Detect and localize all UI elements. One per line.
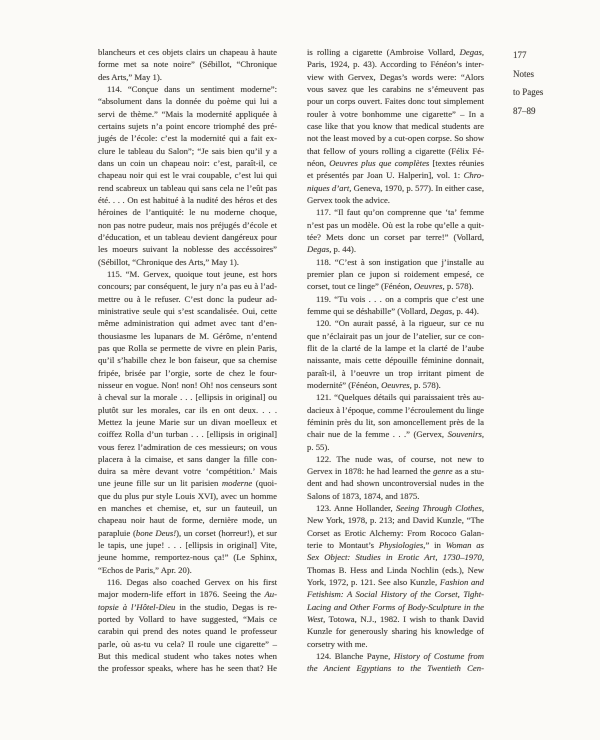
text-run: que du plus pur style Louis XVI), avec u… xyxy=(98,491,277,501)
text-run: carabin qui prend des notes quand le pro… xyxy=(98,626,277,636)
text-run: coiffez Rolla d’un turban . . . [ellipsi… xyxy=(98,429,277,439)
text-line: “absolument dans la donnée du poème qui … xyxy=(98,95,277,107)
text-run: Gervex in 1878: he had learned the xyxy=(307,466,433,476)
text-line: été. . . . On est habitué à la nudité de… xyxy=(98,194,277,206)
text-line: Sex Object: Studies in Erotic Art, 1730–… xyxy=(307,551,484,563)
text-run: Geneva, 1970, p. 577). In either case, xyxy=(351,183,484,193)
text-line: vous savez que les carabins ne s’émeuven… xyxy=(307,83,484,95)
text-run: paraît-il, à l’oeuvre un trop irritant p… xyxy=(307,368,484,378)
text-line: qu’il s’habille chez le bon faiseur, que… xyxy=(98,354,277,366)
text-line: n’est pas un modèle. Où est la robe qu’e… xyxy=(307,219,484,231)
text-run: et présentés par Joan U. Halperin], vol.… xyxy=(307,170,464,180)
text-line: jeune homme, remportez-nous ça!” (Le Sph… xyxy=(98,551,277,563)
text-line: major modern-life effort in 1876. Seeing… xyxy=(98,588,277,600)
text-run: jugés de l’école: c’est la modernité qui… xyxy=(98,133,277,143)
text-run: vous savez que les carabins ne s’émeuven… xyxy=(307,84,484,94)
text-run: d’éducation, et un tableau devient dangé… xyxy=(98,232,277,242)
text-line: “Echos de Paris,” Apr. 20). xyxy=(98,564,277,576)
italic-text-run: Oeuvres, xyxy=(381,380,412,390)
italic-text-run: Au- xyxy=(264,589,277,599)
italic-text-run: niques d’art, xyxy=(307,183,351,193)
italic-text-run: Degas, xyxy=(460,47,484,57)
text-line: ported by Vollard to have suggested, “Ma… xyxy=(98,613,277,625)
text-line: the Ancient Egyptians to the Twentieth C… xyxy=(307,662,484,674)
text-run: as a stu- xyxy=(453,466,484,476)
text-line: mettre ou à le refuser. C’est donc la pu… xyxy=(98,293,277,305)
text-run: “Echos de Paris,” Apr. 20). xyxy=(98,565,192,575)
text-line: 114. “Conçue dans un sentiment moderne”: xyxy=(98,83,277,95)
text-line: thousiasme les lupanars de M. Gérôme, n’… xyxy=(98,330,277,342)
text-run: placera à la cimaise, et sans danger la … xyxy=(98,454,277,464)
text-run: 123. Anne Hollander, xyxy=(316,503,396,513)
text-run: 119. “Tu vois . . . on a compris que c’e… xyxy=(316,294,484,304)
italic-text-run: the Ancient Egyptians to the Twentieth C… xyxy=(307,663,484,673)
text-run: (quoi- xyxy=(252,478,277,488)
text-line: Lacing and Other Forms of Body-Sculpture… xyxy=(307,601,484,613)
text-run: ” in xyxy=(425,540,445,550)
text-line: 118. “C’est à son instigation que j’inst… xyxy=(307,256,484,268)
text-line: nisseur en vogue. Non! non! Oh! nos cens… xyxy=(98,379,277,391)
text-line: West, Totowa, N.J., 1982. I wish to than… xyxy=(307,613,484,625)
text-line: coiffez Rolla d’un turban . . . [ellipsi… xyxy=(98,428,277,440)
text-line: néon, Oeuvres plus que complètes [textes… xyxy=(307,157,484,169)
text-run: héroines de l’antiquité: le nu moderne c… xyxy=(98,207,277,217)
text-run: But this medical student who takes notes… xyxy=(98,651,277,661)
text-run: en manches et chemise, et, sur un fauteu… xyxy=(98,503,277,513)
text-line: concours; par conséquent, le jury n’a pa… xyxy=(98,280,277,292)
text-line: 123. Anne Hollander, Seeing Through Clot… xyxy=(307,502,484,514)
text-run: in the studio, Degas is re- xyxy=(175,602,277,612)
text-line: modernité” (Fénéon, Oeuvres, p. 578). xyxy=(307,379,484,391)
text-line: York, 1972, p. 121. See also Kunzle, Fas… xyxy=(307,576,484,588)
italic-text-run: Fashion and xyxy=(440,577,484,587)
margin-caption-line: 87–89 xyxy=(513,102,583,121)
text-run: not the least moved by a cut-open corpse… xyxy=(307,133,484,143)
italic-text-run: Souvenirs, xyxy=(448,429,484,439)
text-line: (Sébillot, “Chronique des Arts,” May 1). xyxy=(98,256,277,268)
text-line: que du plus pur style Louis XVI), avec u… xyxy=(98,490,277,502)
text-run: féminin près du lit, son amoncellement p… xyxy=(307,417,484,427)
text-run: (Sébillot, “Chronique des Arts,” May 1). xyxy=(98,257,239,267)
text-line: pour un corps ouvert. Faites donc tout s… xyxy=(307,95,484,107)
text-run: p. 44). xyxy=(331,244,356,254)
text-run: chapeau noir qui est le vrai coupable, c… xyxy=(98,170,277,180)
text-run: même administration qui admet avec tant … xyxy=(98,318,277,328)
text-run: une jeune fille sur un lit parisien xyxy=(98,478,222,488)
text-run: dent and had shown uncontroversial nudes… xyxy=(307,478,484,488)
text-run: terie to Montaut’s xyxy=(307,540,379,550)
text-line: d’éducation, et un tableau devient dangé… xyxy=(98,231,277,243)
text-line: jugés de l’école: c’est la modernité qui… xyxy=(98,132,277,144)
text-run: p. 55). xyxy=(307,442,329,452)
italic-text-run: topsie à l’Hôtel-Dieu xyxy=(98,602,175,612)
text-run: dacieux à l’époque, comme l’écroulement … xyxy=(307,405,484,415)
text-line: dans un coin un chapeau noir: c’est, par… xyxy=(98,157,277,169)
text-run: corsetry with me. xyxy=(307,639,368,649)
text-run: naissante, mais cette dépouille féminine… xyxy=(307,355,484,365)
text-line: héroines de l’antiquité: le nu moderne c… xyxy=(98,206,277,218)
text-run: the professor speaks, where has he seen … xyxy=(98,663,277,673)
text-line: même administration qui admet avec tant … xyxy=(98,317,277,329)
text-run: servi de thème.” “Mais la modernité appl… xyxy=(98,109,277,119)
italic-text-run: Degas, xyxy=(307,244,331,254)
text-line: naissante, mais cette dépouille féminine… xyxy=(307,354,484,366)
text-line: plutôt sur les morales, car ils en ont d… xyxy=(98,404,277,416)
text-run: chapeau noir haut de forme, dernière mod… xyxy=(98,515,277,525)
text-run: ported by Vollard to have suggested, “Ma… xyxy=(98,614,277,624)
italic-text-run: Degas, xyxy=(430,306,454,316)
italic-text-run: Oeuvres, xyxy=(414,281,445,291)
text-line: 122. The nude was, of course, not new to xyxy=(307,453,484,465)
text-run: nisseur en vogue. Non! non! Oh! nos cens… xyxy=(98,380,277,390)
margin-caption-line: Notes xyxy=(513,65,583,84)
text-run: Kunzle for generously sharing his knowle… xyxy=(307,626,484,636)
text-line: carabin qui prend des notes quand le pro… xyxy=(98,625,277,637)
text-line: flit de la clarté de la lampe et la clar… xyxy=(307,342,484,354)
italic-text-run: Physiologies, xyxy=(379,540,426,550)
text-run: 116. Degas also coached Gervex on his fi… xyxy=(107,577,277,587)
italic-text-run: Sex Object: Studies in Erotic Art, 1730–… xyxy=(307,552,484,562)
text-run: été. . . . On est habitué à la nudité de… xyxy=(98,195,277,205)
text-line: 124. Blanche Payne, History of Costume f… xyxy=(307,650,484,662)
text-line: femme qui se déshabille” (Vollard, Degas… xyxy=(307,305,484,317)
text-run: pas que Rolla se permette de vivre en pl… xyxy=(98,343,277,353)
text-run: Thomas B. Hess and Linda Nochlin (eds.),… xyxy=(307,565,484,575)
text-line: Kunzle for generously sharing his knowle… xyxy=(307,625,484,637)
text-line: the professor speaks, where has he seen … xyxy=(98,662,277,674)
text-run: Corset as Erotic Alchemy: From Rococo Ga… xyxy=(307,528,484,538)
text-run: major modern-life effort in 1876. Seeing… xyxy=(98,589,264,599)
book-page: blancheurs et ces objets clairs un chape… xyxy=(0,0,600,740)
text-line: niques d’art, Geneva, 1970, p. 577). In … xyxy=(307,182,484,194)
text-line: case like that you know that medical stu… xyxy=(307,120,484,132)
text-line: Paris, 1924, p. 43). According to Fénéon… xyxy=(307,58,484,70)
text-run: mettre ou à le refuser. C’est donc la pu… xyxy=(98,294,277,304)
text-run: 117. “Il faut qu’on comprenne que ‘ta’ f… xyxy=(316,207,484,217)
right-text-column: is rolling a cigarette (Ambroise Vollard… xyxy=(307,46,484,675)
text-line: dacieux à l’époque, comme l’écroulement … xyxy=(307,404,484,416)
text-line: tée? Mets donc un corset par terre!” (Vo… xyxy=(307,231,484,243)
text-run: jeune homme, remportez-nous ça!” (Le Sph… xyxy=(98,552,277,562)
text-line: parapluie (bone Deus!), un corset (horre… xyxy=(98,527,277,539)
text-run: ), un corset (horreur!), et sur xyxy=(176,528,277,538)
italic-text-run: West, xyxy=(307,614,325,624)
text-line: chair nue de la femme . . .” (Gervex, So… xyxy=(307,428,484,440)
text-line: topsie à l’Hôtel-Dieu in the studio, Deg… xyxy=(98,601,277,613)
text-line: 121. “Quelques détails qui paraissaient … xyxy=(307,391,484,403)
italic-text-run: moderne xyxy=(222,478,252,488)
text-run: concours; par conséquent, le jury n’a pa… xyxy=(98,281,277,291)
text-line: chapeau noir haut de forme, dernière mod… xyxy=(98,514,277,526)
text-line: But this medical student who takes notes… xyxy=(98,650,277,662)
text-line: p. 55). xyxy=(307,441,484,453)
text-run: n’est pas un modèle. Où est la robe qu’e… xyxy=(307,220,484,230)
text-line: Degas, p. 44). xyxy=(307,243,484,255)
text-line: view with Gervex, Degas’s words were: “A… xyxy=(307,71,484,83)
italic-text-run: Oeuvres plus que complètes xyxy=(329,158,429,168)
text-line: Mettez la jeune Marie sur un divan moell… xyxy=(98,416,277,428)
text-run: p. 578). xyxy=(412,380,441,390)
text-run: néon, xyxy=(307,158,329,168)
text-line: des Arts,” May 1). xyxy=(98,71,277,83)
text-line: les moeurs suivant la noblesse des accés… xyxy=(98,243,277,255)
italic-text-run: Chro- xyxy=(464,170,484,180)
text-run: dans un coin un chapeau noir: c’est, par… xyxy=(98,158,277,168)
text-line: is rolling a cigarette (Ambroise Vollard… xyxy=(307,46,484,58)
text-run: certains sujets n’a point encore triomph… xyxy=(98,121,277,131)
text-line: rouler à votre bonhomme une cigarette” –… xyxy=(307,108,484,120)
text-line: ministrative seule qui s’est scandalisée… xyxy=(98,305,277,317)
italic-text-run: History of Costume from xyxy=(394,651,484,661)
italic-text-run: Lacing and Other Forms of Body-Sculpture… xyxy=(307,602,484,612)
text-run: chair nue de la femme . . .” (Gervex, xyxy=(307,429,448,439)
text-run: is rolling a cigarette (Ambroise Vollard… xyxy=(307,47,460,57)
margin-caption-line: to Pages xyxy=(513,83,583,102)
text-run: les moeurs suivant la noblesse des accés… xyxy=(98,244,277,254)
italic-text-run: Fetishism: A Social History of the Corse… xyxy=(307,589,484,599)
text-line: 116. Degas also coached Gervex on his fi… xyxy=(98,576,277,588)
text-run: rouler à votre bonhomme une cigarette” –… xyxy=(307,109,484,119)
text-run: 122. The nude was, of course, not new to xyxy=(316,454,484,464)
text-run: that fellow of yours rolling a cigarette… xyxy=(307,146,484,156)
text-run: New York, 1978, p. 213; and David Kunzle… xyxy=(307,515,484,525)
italic-text-run: Woman as xyxy=(446,540,484,550)
text-run: fripée, brisée par l’orgie, sorte de che… xyxy=(98,368,277,378)
text-line: placera à la cimaise, et sans danger la … xyxy=(98,453,277,465)
text-run: qu’il s’habille chez le bon faiseur, que… xyxy=(98,355,277,365)
text-run: York, 1972, p. 121. See also Kunzle, xyxy=(307,577,440,587)
text-run: rend scabreux un tableau qui sans cela n… xyxy=(98,183,277,193)
text-line: forme met sa note noire” (Sébillot, “Chr… xyxy=(98,58,277,70)
text-line: pas que Rolla se permette de vivre en pl… xyxy=(98,342,277,354)
text-line: 119. “Tu vois . . . on a compris que c’e… xyxy=(307,293,484,305)
text-line: duira sa mère devant votre ‘compétition.… xyxy=(98,465,277,477)
text-line: premier plan ce jupon si roidement empes… xyxy=(307,268,484,280)
text-run: case like that you know that medical stu… xyxy=(307,121,484,131)
text-line: chapeau noir qui est le vrai coupable, c… xyxy=(98,169,277,181)
text-run: blancheurs et ces objets clairs un chape… xyxy=(98,47,277,57)
margin-note: 177 Notes to Pages 87–89 xyxy=(513,46,583,120)
text-line: vous ferez l’admiration de ces messieurs… xyxy=(98,441,277,453)
text-line: blancheurs et ces objets clairs un chape… xyxy=(98,46,277,58)
text-run: premier plan ce jupon si roidement empes… xyxy=(307,269,484,279)
text-line: dent and had shown uncontroversial nudes… xyxy=(307,477,484,489)
text-run: 115. “M. Gervex, quoique tout jeune, est… xyxy=(107,269,277,279)
text-run: ministrative seule qui s’est scandalisée… xyxy=(98,306,277,316)
text-line: à cheval sur la morale . . . [ellipsis i… xyxy=(98,391,277,403)
text-line: et présentés par Joan U. Halperin], vol.… xyxy=(307,169,484,181)
text-line: corset, tout ce linge” (Fénéon, Oeuvres,… xyxy=(307,280,484,292)
text-run: à cheval sur la morale . . . [ellipsis i… xyxy=(98,392,277,402)
text-line: corsetry with me. xyxy=(307,638,484,650)
text-line: non pas notre pudeur, mais nos préjugés … xyxy=(98,219,277,231)
text-run: que n’éclairait pas un jour de l’atelier… xyxy=(307,331,484,341)
text-run: parapluie ( xyxy=(98,528,136,538)
text-line: Salons of 1873, 1874, and 1875. xyxy=(307,490,484,502)
text-run: des Arts,” May 1). xyxy=(98,72,162,82)
text-run: 114. “Conçue dans un sentiment moderne”: xyxy=(107,84,277,94)
text-run: Totowa, N.J., 1982. I wish to thank Davi… xyxy=(325,614,484,624)
text-line: that fellow of yours rolling a cigarette… xyxy=(307,145,484,157)
text-line: le tapis, une jupe! . . . [ellipsis in o… xyxy=(98,539,277,551)
text-run: clure le tableau du Salon”; “Je sais bie… xyxy=(98,146,277,156)
text-run: parle, où as-tu vu cela? Il roule une ci… xyxy=(98,639,277,649)
text-run: thousiasme les lupanars de M. Gérôme, n’… xyxy=(98,331,277,341)
text-run: [textes réunies xyxy=(429,158,484,168)
text-run: non pas notre pudeur, mais nos préjugés … xyxy=(98,220,277,230)
text-run: flit de la clarté de la lampe et la clar… xyxy=(307,343,484,353)
text-run: 121. “Quelques détails qui paraissaient … xyxy=(316,392,484,402)
text-line: Gervex took the advice. xyxy=(307,194,484,206)
text-line: Corset as Erotic Alchemy: From Rococo Ga… xyxy=(307,527,484,539)
text-line: fripée, brisée par l’orgie, sorte de che… xyxy=(98,367,277,379)
text-run: corset, tout ce linge” (Fénéon, xyxy=(307,281,414,291)
text-line: certains sujets n’a point encore triomph… xyxy=(98,120,277,132)
text-line: 115. “M. Gervex, quoique tout jeune, est… xyxy=(98,268,277,280)
text-line: rend scabreux un tableau qui sans cela n… xyxy=(98,182,277,194)
italic-text-run: Seeing Through Clothes, xyxy=(396,503,484,513)
text-run: view with Gervex, Degas’s words were: “A… xyxy=(307,72,484,82)
text-line: que n’éclairait pas un jour de l’atelier… xyxy=(307,330,484,342)
text-run: pour un corps ouvert. Faites donc tout s… xyxy=(307,96,484,106)
italic-text-run: genre xyxy=(433,466,452,476)
text-line: Fetishism: A Social History of the Corse… xyxy=(307,588,484,600)
text-run: 124. Blanche Payne, xyxy=(316,651,394,661)
text-run: Paris, 1924, p. 43). According to Fénéon… xyxy=(307,59,484,69)
left-text-column: blancheurs et ces objets clairs un chape… xyxy=(98,46,277,675)
text-run: femme qui se déshabille” (Vollard, xyxy=(307,306,430,316)
text-line: paraît-il, à l’oeuvre un trop irritant p… xyxy=(307,367,484,379)
text-run: plutôt sur les morales, car ils en ont d… xyxy=(98,405,277,415)
text-run: 118. “C’est à son instigation que j’inst… xyxy=(316,257,484,267)
text-run: le tapis, une jupe! . . . [ellipsis in o… xyxy=(98,540,277,550)
text-run: Salons of 1873, 1874, and 1875. xyxy=(307,491,419,501)
text-run: vous ferez l’admiration de ces messieurs… xyxy=(98,442,277,452)
text-run: modernité” (Fénéon, xyxy=(307,380,381,390)
text-run: 120. “On aurait passé, à la rigueur, sur… xyxy=(316,318,484,328)
text-run: Mettez la jeune Marie sur un divan moell… xyxy=(98,417,277,427)
text-run: p. 44). xyxy=(454,306,479,316)
text-line: clure le tableau du Salon”; “Je sais bie… xyxy=(98,145,277,157)
page-number: 177 xyxy=(513,46,583,65)
text-run: forme met sa note noire” (Sébillot, “Chr… xyxy=(98,59,277,69)
text-line: féminin près du lit, son amoncellement p… xyxy=(307,416,484,428)
text-line: Thomas B. Hess and Linda Nochlin (eds.),… xyxy=(307,564,484,576)
text-line: terie to Montaut’s Physiologies,” in Wom… xyxy=(307,539,484,551)
text-line: en manches et chemise, et, sur un fauteu… xyxy=(98,502,277,514)
italic-text-run: bone Deus! xyxy=(136,528,176,538)
text-line: 117. “Il faut qu’on comprenne que ‘ta’ f… xyxy=(307,206,484,218)
text-run: duira sa mère devant votre ‘compétition.… xyxy=(98,466,277,476)
text-line: New York, 1978, p. 213; and David Kunzle… xyxy=(307,514,484,526)
text-line: 120. “On aurait passé, à la rigueur, sur… xyxy=(307,317,484,329)
text-run: tée? Mets donc un corset par terre!” (Vo… xyxy=(307,232,484,242)
text-line: parle, où as-tu vu cela? Il roule une ci… xyxy=(98,638,277,650)
text-run: p. 578). xyxy=(445,281,474,291)
text-line: une jeune fille sur un lit parisien mode… xyxy=(98,477,277,489)
text-run: Gervex took the advice. xyxy=(307,195,390,205)
text-line: servi de thème.” “Mais la modernité appl… xyxy=(98,108,277,120)
text-line: Gervex in 1878: he had learned the genre… xyxy=(307,465,484,477)
text-line: not the least moved by a cut-open corpse… xyxy=(307,132,484,144)
text-run: “absolument dans la donnée du poème qui … xyxy=(98,96,277,106)
